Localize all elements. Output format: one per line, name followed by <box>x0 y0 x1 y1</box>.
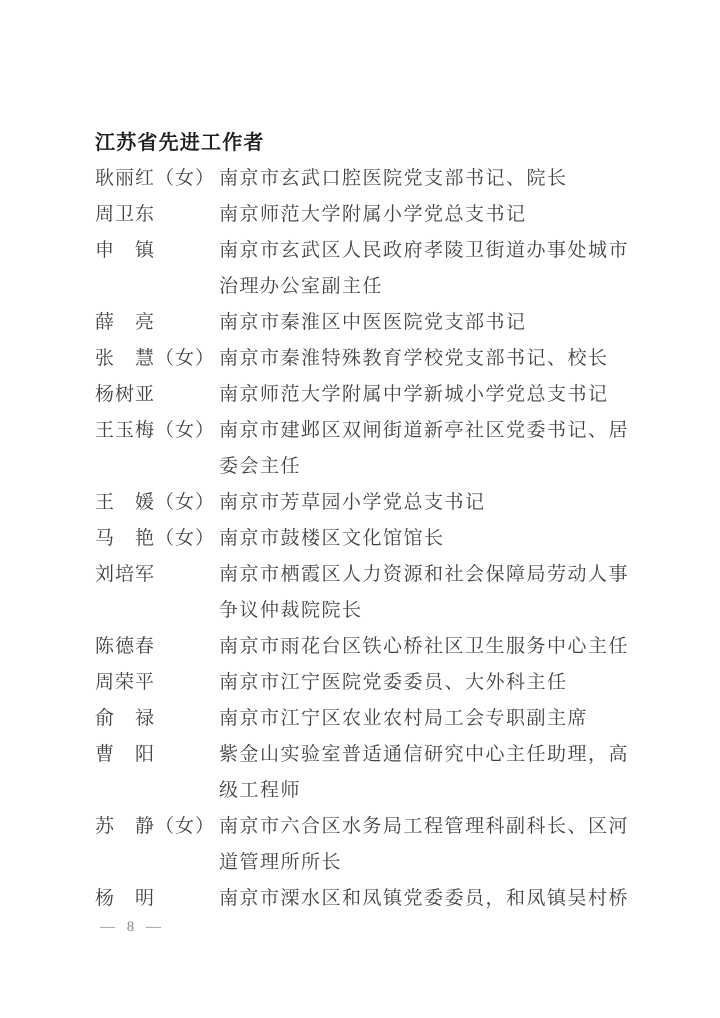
person-position: 南京市六合区水务局工程管理科副科长、区河道管理所所长 <box>219 809 631 881</box>
document-page: 江苏省先进工作者 耿丽红（女） 南京市玄武口腔医院党支部书记、院长 周卫东 南京… <box>0 0 720 1018</box>
gender-marker: （女） <box>155 348 215 369</box>
name-cell: 周卫东 <box>95 197 219 233</box>
gender-marker: （女） <box>155 492 215 513</box>
name-cell: 刘培军 <box>95 557 219 593</box>
person-position: 南京市秦淮特殊教育学校党支部书记、校长 <box>219 341 631 377</box>
person-name: 曹 阳 <box>95 744 155 765</box>
name-cell: 杨树亚 <box>95 377 219 413</box>
list-item: 耿丽红（女） 南京市玄武口腔医院党支部书记、院长 <box>95 161 635 197</box>
award-list: 耿丽红（女） 南京市玄武口腔医院党支部书记、院长 周卫东 南京师范大学附属小学党… <box>95 161 635 917</box>
person-name: 马 艳 <box>95 528 155 549</box>
person-position: 南京师范大学附属中学新城小学党总支书记 <box>219 377 631 413</box>
person-position: 紫金山实验室普适通信研究中心主任助理，高级工程师 <box>219 737 631 809</box>
person-position: 南京市雨花台区铁心桥社区卫生服务中心主任 <box>219 629 631 665</box>
person-position: 南京市鼓楼区文化馆馆长 <box>219 521 631 557</box>
person-position: 南京市芳草园小学党总支书记 <box>219 485 631 521</box>
list-item: 苏 静（女） 南京市六合区水务局工程管理科副科长、区河道管理所所长 <box>95 809 635 881</box>
list-item: 俞 禄 南京市江宁区农业农村局工会专职副主席 <box>95 701 635 737</box>
name-cell: 王 媛（女） <box>95 485 219 521</box>
person-name: 耿丽红 <box>95 168 155 189</box>
page-number: — 8 — <box>100 919 165 936</box>
list-item: 王玉梅（女） 南京市建邺区双闸街道新亭社区党委书记、居委会主任 <box>95 413 635 485</box>
list-item: 陈德春 南京市雨花台区铁心桥社区卫生服务中心主任 <box>95 629 635 665</box>
name-cell: 马 艳（女） <box>95 521 219 557</box>
person-name: 杨树亚 <box>95 384 155 405</box>
person-position: 南京市秦淮区中医医院党支部书记 <box>219 305 631 341</box>
list-item: 申 镇 南京市玄武区人民政府孝陵卫街道办事处城市治理办公室副主任 <box>95 233 635 305</box>
list-item: 周卫东 南京师范大学附属小学党总支书记 <box>95 197 635 233</box>
person-position: 南京市建邺区双闸街道新亭社区党委书记、居委会主任 <box>219 413 631 485</box>
name-cell: 耿丽红（女） <box>95 161 219 197</box>
person-name: 张 慧 <box>95 348 155 369</box>
section-title: 江苏省先进工作者 <box>95 125 635 161</box>
name-cell: 张 慧（女） <box>95 341 219 377</box>
name-cell: 陈德春 <box>95 629 219 665</box>
name-cell: 薛 亮 <box>95 305 219 341</box>
person-name: 王 媛 <box>95 492 155 513</box>
list-item: 杨树亚 南京师范大学附属中学新城小学党总支书记 <box>95 377 635 413</box>
person-name: 俞 禄 <box>95 708 155 729</box>
list-item: 杨 明 南京市溧水区和凤镇党委委员，和凤镇吴村桥 <box>95 881 635 917</box>
list-item: 张 慧（女） 南京市秦淮特殊教育学校党支部书记、校长 <box>95 341 635 377</box>
list-item: 薛 亮 南京市秦淮区中医医院党支部书记 <box>95 305 635 341</box>
gender-marker: （女） <box>155 420 215 441</box>
person-position: 南京市江宁医院党委委员、大外科主任 <box>219 665 631 701</box>
list-item: 曹 阳 紫金山实验室普适通信研究中心主任助理，高级工程师 <box>95 737 635 809</box>
person-name: 陈德春 <box>95 636 155 657</box>
name-cell: 曹 阳 <box>95 737 219 773</box>
person-name: 周卫东 <box>95 204 155 225</box>
list-item: 刘培军 南京市栖霞区人力资源和社会保障局劳动人事争议仲裁院院长 <box>95 557 635 629</box>
name-cell: 杨 明 <box>95 881 219 917</box>
person-position: 南京市玄武区人民政府孝陵卫街道办事处城市治理办公室副主任 <box>219 233 631 305</box>
person-position: 南京市玄武口腔医院党支部书记、院长 <box>219 161 631 197</box>
person-name: 薛 亮 <box>95 312 155 333</box>
document-content: 江苏省先进工作者 耿丽红（女） 南京市玄武口腔医院党支部书记、院长 周卫东 南京… <box>95 125 635 917</box>
person-name: 杨 明 <box>95 888 155 909</box>
person-name: 王玉梅 <box>95 420 155 441</box>
name-cell: 俞 禄 <box>95 701 219 737</box>
name-cell: 周荣平 <box>95 665 219 701</box>
name-cell: 申 镇 <box>95 233 219 269</box>
person-position: 南京市栖霞区人力资源和社会保障局劳动人事争议仲裁院院长 <box>219 557 631 629</box>
list-item: 马 艳（女） 南京市鼓楼区文化馆馆长 <box>95 521 635 557</box>
person-position: 南京市江宁区农业农村局工会专职副主席 <box>219 701 631 737</box>
person-position: 南京市溧水区和凤镇党委委员，和凤镇吴村桥 <box>219 881 631 917</box>
person-name: 申 镇 <box>95 240 155 261</box>
person-name: 周荣平 <box>95 672 155 693</box>
name-cell: 王玉梅（女） <box>95 413 219 449</box>
person-name: 苏 静 <box>95 816 155 837</box>
person-name: 刘培军 <box>95 564 155 585</box>
list-item: 周荣平 南京市江宁医院党委委员、大外科主任 <box>95 665 635 701</box>
list-item: 王 媛（女） 南京市芳草园小学党总支书记 <box>95 485 635 521</box>
gender-marker: （女） <box>155 168 215 189</box>
person-position: 南京师范大学附属小学党总支书记 <box>219 197 631 233</box>
gender-marker: （女） <box>155 528 215 549</box>
gender-marker: （女） <box>155 816 215 837</box>
name-cell: 苏 静（女） <box>95 809 219 845</box>
